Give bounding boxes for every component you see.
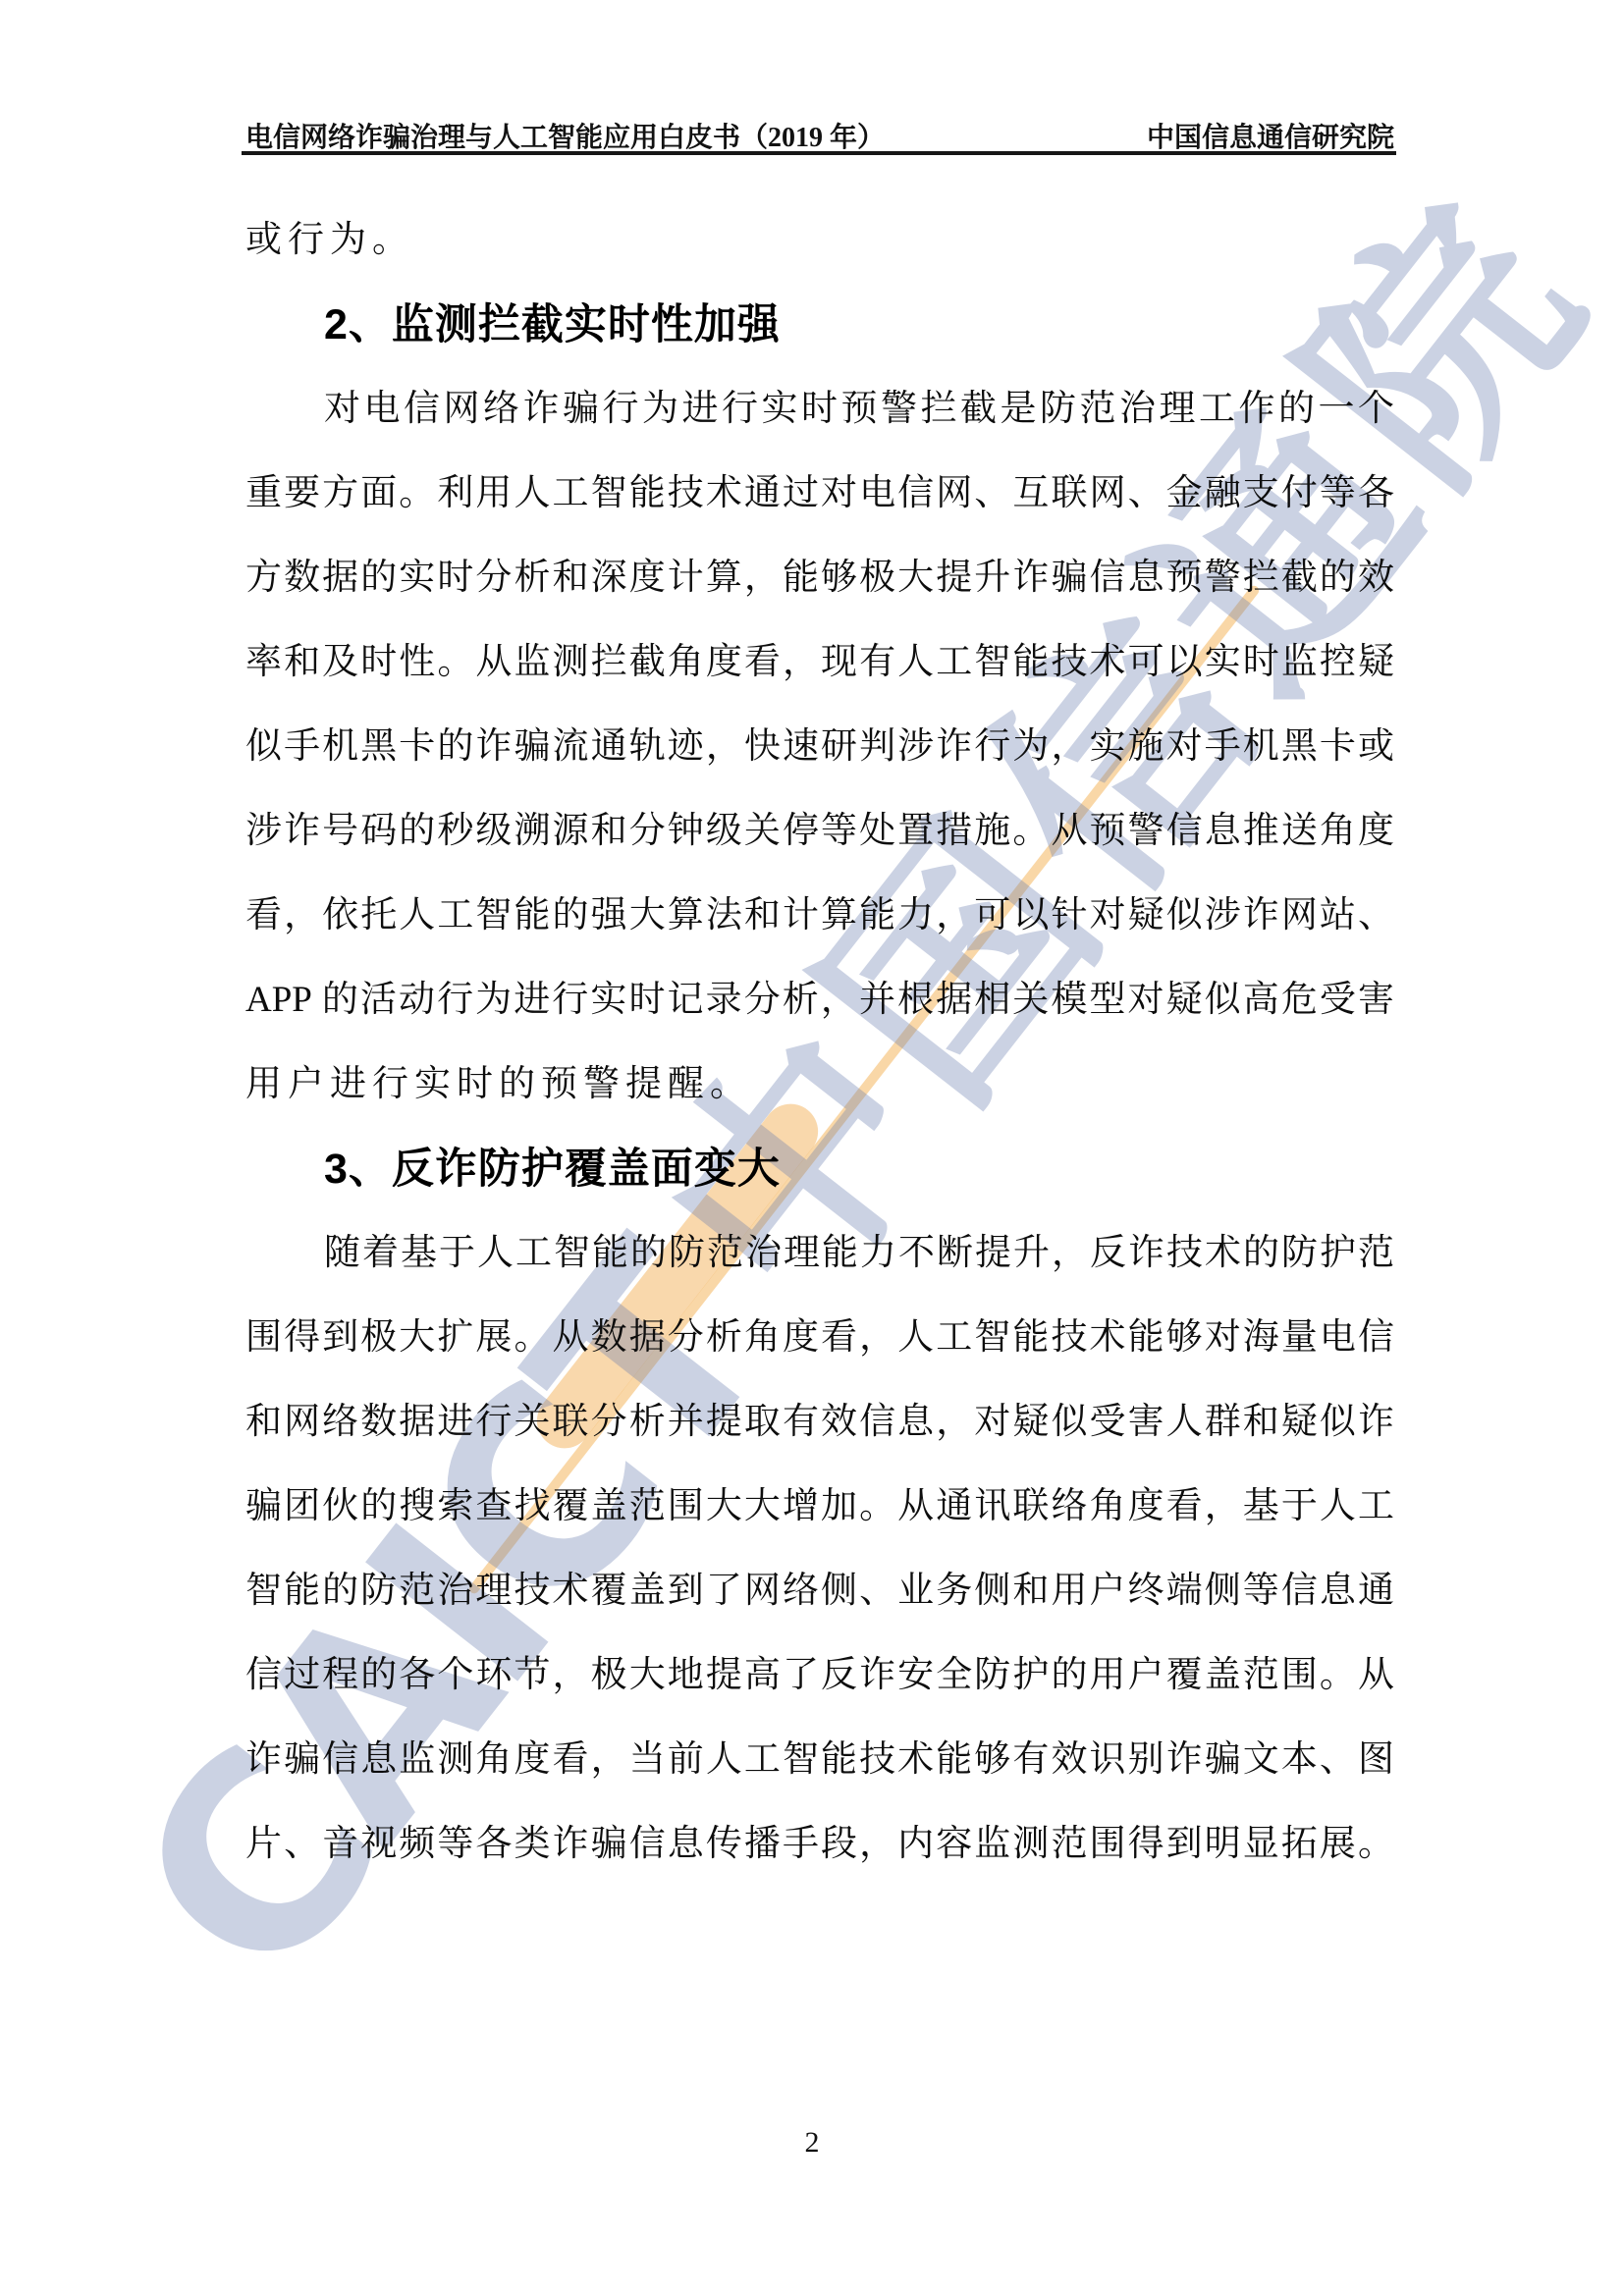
text-line: 涉诈号码的秒级溯源和分钟级关停等处置措施。从预警信息推送角度 bbox=[245, 789, 1394, 874]
text-line: 智能的防范治理技术覆盖到了网络侧、业务侧和用户终端侧等信息通 bbox=[245, 1549, 1394, 1633]
text-line: 随着基于人工智能的防范治理能力不断提升，反诈技术的防护范 bbox=[245, 1211, 1394, 1296]
section-heading: 2、监测拦截实时性加强 bbox=[245, 283, 1394, 367]
text-line: 对电信网络诈骗行为进行实时预警拦截是防范治理工作的一个 bbox=[245, 367, 1394, 452]
header-document-title: 电信网络诈骗治理与人工智能应用白皮书（2019 年） bbox=[245, 116, 885, 155]
header-rule bbox=[242, 151, 1396, 155]
text-line: 骗团伙的搜索查找覆盖范围大大增加。从通讯联络角度看，基于人工 bbox=[245, 1465, 1394, 1549]
text-line: 似手机黑卡的诈骗流通轨迹，快速研判涉诈行为，实施对手机黑卡或 bbox=[245, 705, 1394, 789]
text-line: 和网络数据进行关联分析并提取有效信息，对疑似受害人群和疑似诈 bbox=[245, 1380, 1394, 1465]
text-line: 或行为。 bbox=[245, 198, 1394, 283]
text-line: 诈骗信息监测角度看，当前人工智能技术能够有效识别诈骗文本、图 bbox=[245, 1718, 1394, 1802]
text-line: 看，依托人工智能的强大算法和计算能力，可以针对疑似涉诈网站、 bbox=[245, 874, 1394, 958]
text-line: 片、音视频等各类诈骗信息传播手段，内容监测范围得到明显拓展。 bbox=[245, 1802, 1394, 1887]
text-line: 用户进行实时的预警提醒。 bbox=[245, 1042, 1394, 1127]
document-page: CAICT 中国信通院 电信网络诈骗治理与人工智能应用白皮书（2019 年） 中… bbox=[0, 0, 1624, 2296]
text-line: 信过程的各个环节，极大地提高了反诈安全防护的用户覆盖范围。从 bbox=[245, 1633, 1394, 1718]
text-line: 率和及时性。从监测拦截角度看，现有人工智能技术可以实时监控疑 bbox=[245, 620, 1394, 705]
text-block: 或行为。2、监测拦截实时性加强对电信网络诈骗行为进行实时预警拦截是防范治理工作的… bbox=[245, 198, 1394, 1887]
text-line: 方数据的实时分析和深度计算，能够极大提升诈骗信息预警拦截的效 bbox=[245, 536, 1394, 620]
page-header: 电信网络诈骗治理与人工智能应用白皮书（2019 年） 中国信息通信研究院 bbox=[245, 116, 1394, 155]
text-line: 重要方面。利用人工智能技术通过对电信网、互联网、金融支付等各 bbox=[245, 452, 1394, 536]
header-organization: 中国信息通信研究院 bbox=[1147, 116, 1394, 155]
text-line: 围得到极大扩展。从数据分析角度看，人工智能技术能够对海量电信 bbox=[245, 1296, 1394, 1380]
section-heading: 3、反诈防护覆盖面变大 bbox=[245, 1127, 1394, 1211]
text-line: APP 的活动行为进行实时记录分析，并根据相关模型对疑似高危受害 bbox=[245, 958, 1394, 1042]
page-number: 2 bbox=[0, 2126, 1624, 2160]
